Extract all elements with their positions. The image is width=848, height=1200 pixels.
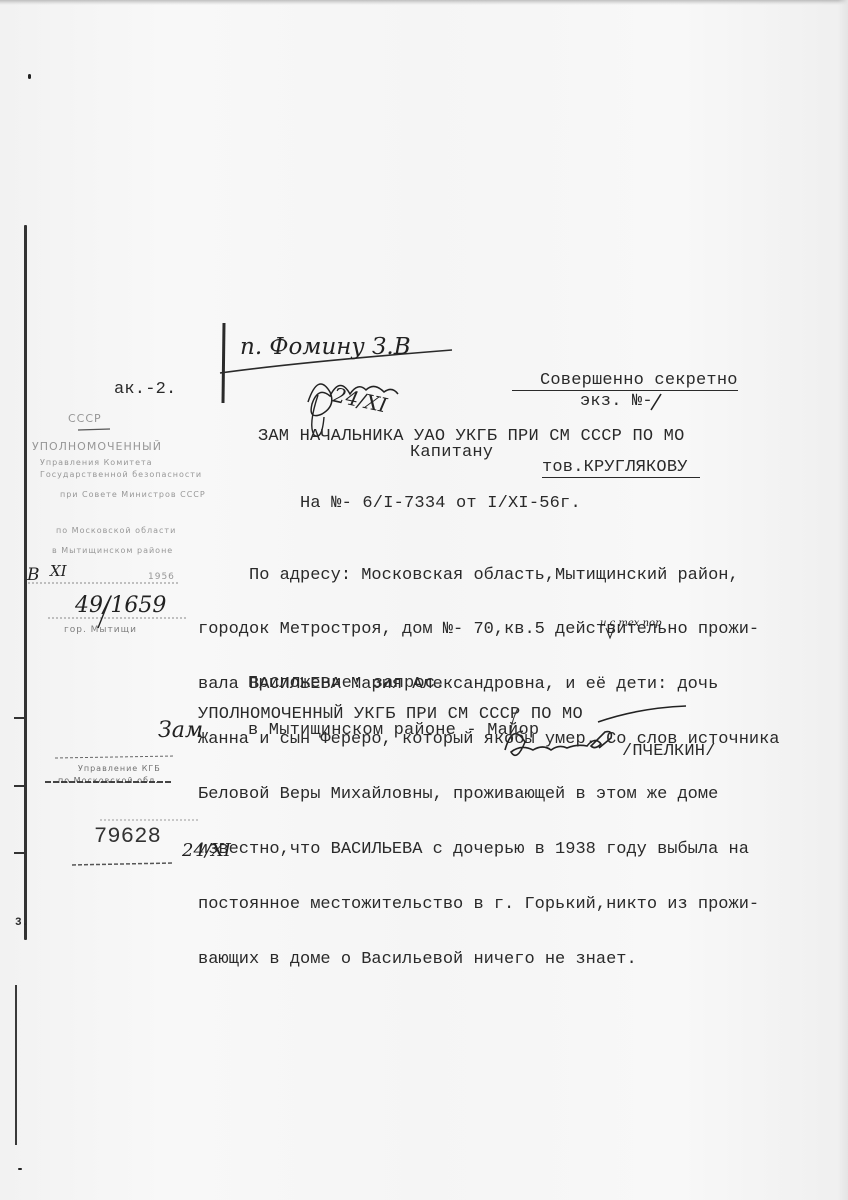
body-line: известно,что ВАСИЛЬЕВА с дочерью в 1938 … <box>198 841 778 859</box>
incoming-stamp-number: 79628 <box>94 826 161 848</box>
addressee-rank: Капитану <box>410 444 493 461</box>
copy-number-label: экз. №- <box>580 393 653 410</box>
addressee-name: тов.КРУГЛЯКОВУ <box>542 459 700 478</box>
stamp-org-line: при Совете Министров СССР <box>60 490 206 499</box>
incoming-stamp-date: 24/XI <box>182 840 231 861</box>
body-line: По адресу: Московская область,Мытищински… <box>198 567 778 585</box>
attachment-note: Приложение: запрос. <box>248 675 446 692</box>
stamp-country: СССР <box>68 412 102 425</box>
incoming-stamp-line: Управление КГБ <box>78 764 161 773</box>
index-mark: ак.-2. <box>114 381 176 398</box>
body-line: вающих в доме о Васильевой ничего не зна… <box>198 951 778 969</box>
reference-number: На №- 6/I-7334 от I/XI-56г. <box>300 495 581 512</box>
document-page: 3. п. Фомину З.В 24/XI ак.-2. Совершенно… <box>0 0 848 1200</box>
stamp-org-line: Государственной безопасности <box>40 470 202 479</box>
signatory-rank: в Мытищинском районе - Майор <box>248 722 539 739</box>
body-line: городок Метростроя, дом №- 70,кв.5 дейст… <box>198 621 778 639</box>
handwritten-prefix: Зам <box>158 718 203 743</box>
body-line: Беловой Веры Михайловны, проживающей в э… <box>198 786 778 804</box>
stamp-date-month: XI <box>50 562 67 580</box>
body-line: постоянное местожительство в г. Горький,… <box>198 896 778 914</box>
handwritten-insert: и с тех пор <box>600 618 661 629</box>
signatory-name: /ПЧЕЛКИН/ <box>622 743 716 760</box>
stamp-date-year: 1956 <box>148 572 175 582</box>
stamp-org-line: УПОЛНОМОЧЕННЫЙ <box>32 440 162 453</box>
stamp-org-line: Управления Комитета <box>40 458 153 467</box>
resolution-text: п. Фомину З.В <box>240 334 411 360</box>
stamp-city: гор. Мытищи <box>64 625 137 635</box>
body-paragraph: По адресу: Московская область,Мытищински… <box>198 530 778 1006</box>
incoming-stamp-line: по Московской обл. <box>58 776 159 785</box>
stamp-number: 49/1659 <box>75 593 166 618</box>
stamp-date-prefix: В <box>27 565 40 585</box>
stamp-org-line: по Московской области <box>56 526 176 535</box>
stamp-org-line: в Мытищинском районе <box>52 546 173 555</box>
classification-label: Совершенно секретно <box>512 372 738 391</box>
